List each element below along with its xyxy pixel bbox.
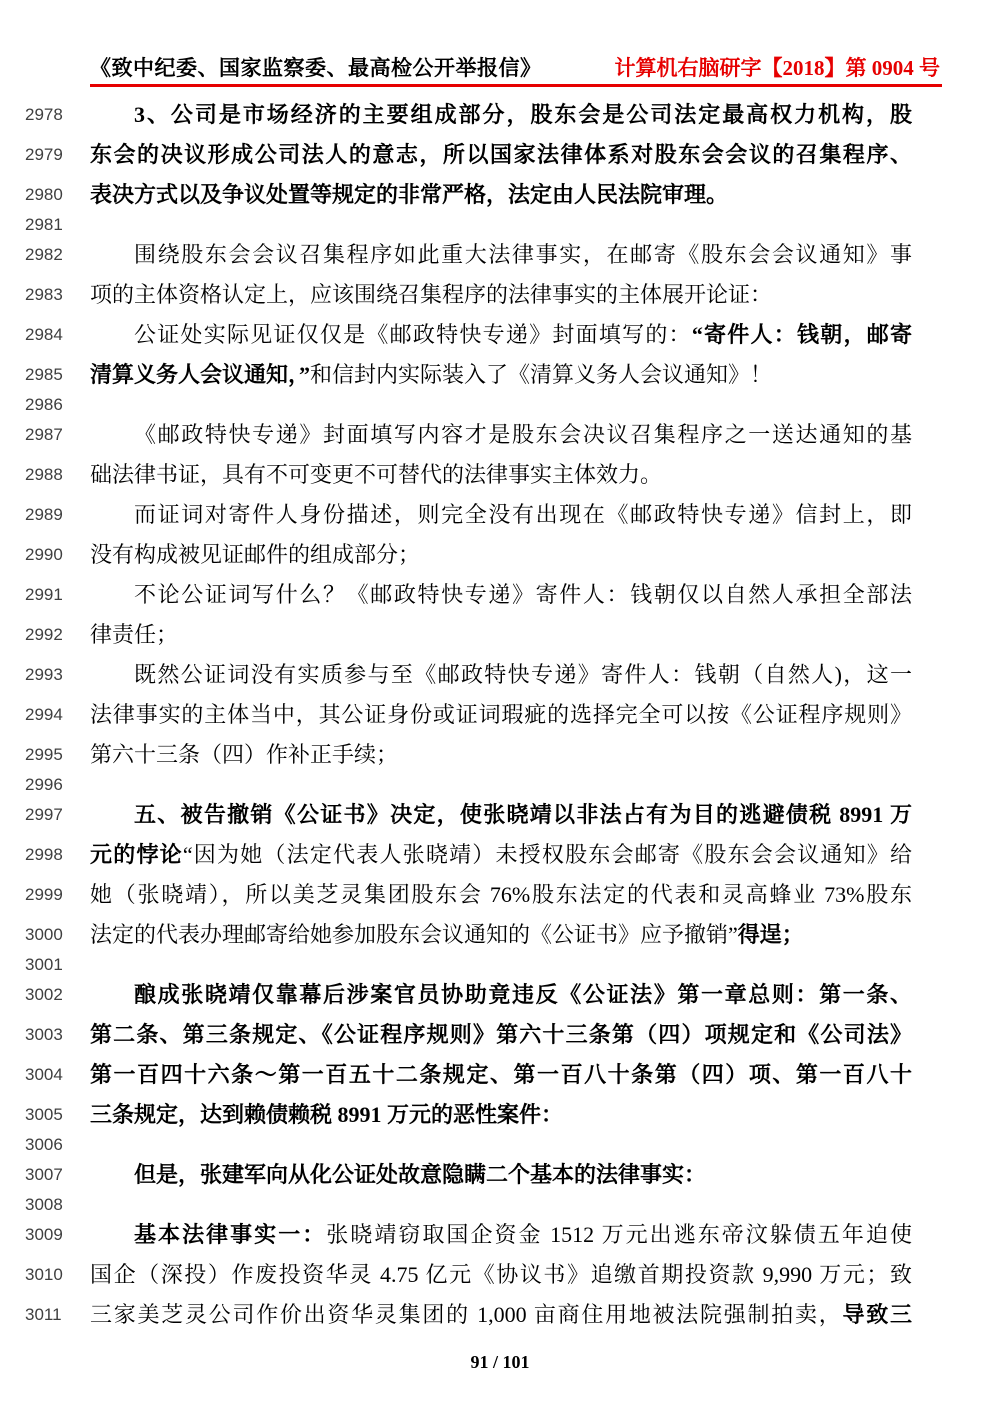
line-text: 第六十三条（四）作补正手续；: [90, 735, 912, 775]
document-line-row: 3005三条规定，达到赖债赖税 8991 万元的恶性案件：: [0, 1095, 1000, 1135]
document-page: 《致中纪委、国家监察委、最高检公开举报信》 计算机右脑研字【2018】第 090…: [0, 0, 1000, 1413]
line-text: 《邮政特快专递》封面填写内容才是股东会决议召集程序之一送达通知的基: [90, 415, 912, 455]
blank-line-row: 3006: [0, 1135, 1000, 1155]
document-line-row: 2979东会的决议形成公司法人的意志，所以国家法律体系对股东会会议的召集程序、: [0, 135, 1000, 175]
line-text: 法律事实的主体当中，其公证身份或证词瑕疵的选择完全可以按《公证程序规则》: [90, 695, 912, 735]
line-text: 元的悖论“因为她（法定代表人张晓靖）未授权股东会邮寄《股东会会议通知》给: [90, 835, 912, 875]
line-text: 律责任；: [90, 615, 912, 655]
bold-text-run: 基本法律事实一：: [134, 1222, 326, 1247]
bold-text-run: 得逞；: [738, 922, 804, 947]
bold-text-run: 第一百四十六条～第一百五十二条规定、第一百八十条第（四）项、第一百八十: [90, 1062, 912, 1087]
line-number: 3007: [0, 1155, 90, 1195]
line-number: 3008: [0, 1195, 90, 1215]
text-run: 国企（深投）作废投资华灵 4.75 亿元《协议书》追缴首期投资款 9,990 万…: [90, 1262, 912, 1287]
document-line-row: 2982围绕股东会会议召集程序如此重大法律事实，在邮寄《股东会会议通知》事: [0, 235, 1000, 275]
bold-text-run: 东会的决议形成公司法人的意志，所以国家法律体系对股东会会议的召集程序、: [90, 142, 912, 167]
line-text: 公证处实际见证仅仅是《邮政特快专递》封面填写的：“寄件人：钱朝，邮寄: [90, 315, 912, 355]
bold-text-run: 但是，张建军向从化公证处故意隐瞒二个基本的法律事实：: [134, 1162, 706, 1187]
line-number: 2991: [0, 575, 90, 615]
line-number: 2992: [0, 615, 90, 655]
line-number: 2996: [0, 775, 90, 795]
document-line-row: 3007但是，张建军向从化公证处故意隐瞒二个基本的法律事实：: [0, 1155, 1000, 1195]
line-text: 没有构成被见证邮件的组成部分；: [90, 535, 912, 575]
line-number: 2998: [0, 835, 90, 875]
line-number: 3005: [0, 1095, 90, 1135]
page-footer: 91 / 101: [0, 1352, 1000, 1373]
document-line-row: 3010国企（深投）作废投资华灵 4.75 亿元《协议书》追缴首期投资款 9,9…: [0, 1255, 1000, 1295]
line-text: 酿成张晓靖仅靠幕后涉案官员协助竟违反《公证法》第一章总则：第一条、: [90, 975, 912, 1015]
bold-text-run: 五、被告撤销《公证书》决定，使张晓靖以非法占有为目的逃避债税 8991 万: [134, 802, 912, 827]
line-text: 表决方式以及争议处置等规定的非常严格，法定由人民法院审理。: [90, 175, 912, 215]
line-text: 项的主体资格认定上，应该围绕召集程序的法律事实的主体展开论证：: [90, 275, 912, 315]
line-text: 而证词对寄件人身份描述，则完全没有出现在《邮政特快专递》信封上，即: [90, 495, 912, 535]
line-number: 2990: [0, 535, 90, 575]
line-text: 法定的代表办理邮寄给她参加股东会议通知的《公证书》应予撤销”得逞；: [90, 915, 912, 955]
bold-text-run: 导致三: [843, 1302, 912, 1327]
line-number: 2984: [0, 315, 90, 355]
document-line-row: 2990没有构成被见证邮件的组成部分；: [0, 535, 1000, 575]
document-line-row: 2989而证词对寄件人身份描述，则完全没有出现在《邮政特快专递》信封上，即: [0, 495, 1000, 535]
document-line-row: 2998元的悖论“因为她（法定代表人张晓靖）未授权股东会邮寄《股东会会议通知》给: [0, 835, 1000, 875]
bold-text-run: 第二条、第三条规定、《公证程序规则》第六十三条第（四）项规定和《公司法》: [90, 1022, 912, 1047]
line-number: 2989: [0, 495, 90, 535]
line-text: 三条规定，达到赖债赖税 8991 万元的恶性案件：: [90, 1095, 912, 1135]
line-number: 3006: [0, 1135, 90, 1155]
line-text: 但是，张建军向从化公证处故意隐瞒二个基本的法律事实：: [90, 1155, 912, 1195]
document-line-row: 2994法律事实的主体当中，其公证身份或证词瑕疵的选择完全可以按《公证程序规则》: [0, 695, 1000, 735]
line-text: 围绕股东会会议召集程序如此重大法律事实，在邮寄《股东会会议通知》事: [90, 235, 912, 275]
line-number: 2999: [0, 875, 90, 915]
text-run: 三家美芝灵公司作价出资华灵集团的 1,000 亩商住用地被法院强制拍卖，: [90, 1302, 843, 1327]
document-line-row: 2991不论公证词写什么？《邮政特快专递》寄件人：钱朝仅以自然人承担全部法: [0, 575, 1000, 615]
line-text: 基本法律事实一：张晓靖窃取国企资金 1512 万元出逃东帝汶躲债五年迫使: [90, 1215, 912, 1255]
text-run: 和信封内实际装入了《清算义务人会议通知》！: [310, 362, 772, 387]
line-number: 3002: [0, 975, 90, 1015]
bold-text-run: 三条规定，达到赖债赖税 8991 万元的恶性案件：: [90, 1102, 563, 1127]
text-run: 不论公证词写什么？《邮政特快专递》寄件人：钱朝仅以自然人承担全部法: [134, 582, 912, 607]
line-number: 2987: [0, 415, 90, 455]
line-text: 国企（深投）作废投资华灵 4.75 亿元《协议书》追缴首期投资款 9,990 万…: [90, 1255, 912, 1295]
page-header: 《致中纪委、国家监察委、最高检公开举报信》 计算机右脑研字【2018】第 090…: [90, 52, 940, 82]
document-line-row: 3011三家美芝灵公司作价出资华灵集团的 1,000 亩商住用地被法院强制拍卖，…: [0, 1295, 1000, 1335]
text-run: 公证处实际见证仅仅是《邮政特快专递》封面填写的：: [134, 322, 692, 347]
text-run: 没有构成被见证邮件的组成部分；: [90, 542, 420, 567]
line-text: 三家美芝灵公司作价出资华灵集团的 1,000 亩商住用地被法院强制拍卖，导致三: [90, 1295, 912, 1335]
document-line-row: 2992律责任；: [0, 615, 1000, 655]
text-run: 律责任；: [90, 622, 178, 647]
line-number: 2985: [0, 355, 90, 395]
line-number: 2981: [0, 215, 90, 235]
document-line-row: 3004第一百四十六条～第一百五十二条规定、第一百八十条第（四）项、第一百八十: [0, 1055, 1000, 1095]
bold-text-run: “寄件人：钱朝，邮寄: [692, 322, 912, 347]
text-run: 法律事实的主体当中，其公证身份或证词瑕疵的选择完全可以按《公证程序规则》: [90, 702, 912, 727]
document-line-row: 2995第六十三条（四）作补正手续；: [0, 735, 1000, 775]
text-run: 第六十三条（四）作补正手续；: [90, 742, 398, 767]
line-number: 2979: [0, 135, 90, 175]
line-number: 3010: [0, 1255, 90, 1295]
text-run: 项的主体资格认定上，应该围绕召集程序的法律事实的主体展开论证：: [90, 282, 772, 307]
document-line-row: 3009基本法律事实一：张晓靖窃取国企资金 1512 万元出逃东帝汶躲债五年迫使: [0, 1215, 1000, 1255]
document-line-row: 2983项的主体资格认定上，应该围绕召集程序的法律事实的主体展开论证：: [0, 275, 1000, 315]
line-number: 2982: [0, 235, 90, 275]
text-run: 础法律书证，具有不可变更不可替代的法律事实主体效力。: [90, 462, 662, 487]
line-number: 2978: [0, 95, 90, 135]
blank-line-row: 2981: [0, 215, 1000, 235]
text-run: 她（张晓靖），所以美芝灵集团股东会 76%股东法定的代表和灵高蜂业 73%股东: [90, 882, 912, 907]
blank-line-row: 3008: [0, 1195, 1000, 1215]
document-line-row: 2988础法律书证，具有不可变更不可替代的法律事实主体效力。: [0, 455, 1000, 495]
document-line-row: 3002酿成张晓靖仅靠幕后涉案官员协助竟违反《公证法》第一章总则：第一条、: [0, 975, 1000, 1015]
line-number: 2986: [0, 395, 90, 415]
blank-line-row: 2986: [0, 395, 1000, 415]
line-text: 3、公司是市场经济的主要组成部分，股东会是公司法定最高权力机构，股: [90, 95, 912, 135]
line-text: 既然公证词没有实质参与至《邮政特快专递》寄件人：钱朝（自然人)，这一: [90, 655, 912, 695]
text-run: “因为她（法定代表人张晓靖）未授权股东会邮寄《股东会会议通知》给: [183, 842, 912, 867]
document-line-row: 3003第二条、第三条规定、《公证程序规则》第六十三条第（四）项规定和《公司法》: [0, 1015, 1000, 1055]
text-run: 既然公证词没有实质参与至《邮政特快专递》寄件人：钱朝（自然人)，这一: [134, 662, 912, 687]
document-body: 29783、公司是市场经济的主要组成部分，股东会是公司法定最高权力机构，股297…: [0, 95, 1000, 1335]
line-number: 3000: [0, 915, 90, 955]
line-text: 五、被告撤销《公证书》决定，使张晓靖以非法占有为目的逃避债税 8991 万: [90, 795, 912, 835]
line-text: 第二条、第三条规定、《公证程序规则》第六十三条第（四）项规定和《公司法》: [90, 1015, 912, 1055]
bold-text-run: 清算义务人会议通知，”: [90, 362, 310, 387]
line-text: 第一百四十六条～第一百五十二条规定、第一百八十条第（四）项、第一百八十: [90, 1055, 912, 1095]
document-line-row: 3000法定的代表办理邮寄给她参加股东会议通知的《公证书》应予撤销”得逞；: [0, 915, 1000, 955]
line-number: 3011: [0, 1295, 90, 1335]
bold-text-run: 酿成张晓靖仅靠幕后涉案官员协助竟违反《公证法》第一章总则：第一条、: [134, 982, 912, 1007]
header-rule-divider: [90, 84, 942, 87]
document-line-row: 2987《邮政特快专递》封面填写内容才是股东会决议召集程序之一送达通知的基: [0, 415, 1000, 455]
line-number: 2994: [0, 695, 90, 735]
bold-text-run: 元的悖论: [90, 842, 183, 867]
header-doc-number: 计算机右脑研字【2018】第 0904 号: [615, 52, 941, 82]
blank-line-row: 2996: [0, 775, 1000, 795]
line-text: 清算义务人会议通知，”和信封内实际装入了《清算义务人会议通知》！: [90, 355, 912, 395]
line-text: 东会的决议形成公司法人的意志，所以国家法律体系对股东会会议的召集程序、: [90, 135, 912, 175]
line-number: 3004: [0, 1055, 90, 1095]
line-text: 她（张晓靖），所以美芝灵集团股东会 76%股东法定的代表和灵高蜂业 73%股东: [90, 875, 912, 915]
line-text: 不论公证词写什么？《邮政特快专递》寄件人：钱朝仅以自然人承担全部法: [90, 575, 912, 615]
line-number: 2995: [0, 735, 90, 775]
line-number: 2988: [0, 455, 90, 495]
bold-text-run: 表决方式以及争议处置等规定的非常严格，法定由人民法院审理。: [90, 182, 728, 207]
line-number: 3003: [0, 1015, 90, 1055]
document-line-row: 2999她（张晓靖），所以美芝灵集团股东会 76%股东法定的代表和灵高蜂业 73…: [0, 875, 1000, 915]
line-number: 2997: [0, 795, 90, 835]
document-line-row: 2980表决方式以及争议处置等规定的非常严格，法定由人民法院审理。: [0, 175, 1000, 215]
document-line-row: 29783、公司是市场经济的主要组成部分，股东会是公司法定最高权力机构，股: [0, 95, 1000, 135]
header-title: 《致中纪委、国家监察委、最高检公开举报信》: [90, 52, 542, 82]
bold-text-run: 3、公司是市场经济的主要组成部分，股东会是公司法定最高权力机构，股: [134, 102, 912, 127]
text-run: 《邮政特快专递》封面填写内容才是股东会决议召集程序之一送达通知的基: [134, 422, 912, 447]
blank-line-row: 3001: [0, 955, 1000, 975]
text-run: 而证词对寄件人身份描述，则完全没有出现在《邮政特快专递》信封上，即: [134, 502, 912, 527]
document-line-row: 2997五、被告撤销《公证书》决定，使张晓靖以非法占有为目的逃避债税 8991 …: [0, 795, 1000, 835]
line-text: 础法律书证，具有不可变更不可替代的法律事实主体效力。: [90, 455, 912, 495]
line-number: 2993: [0, 655, 90, 695]
document-line-row: 2985清算义务人会议通知，”和信封内实际装入了《清算义务人会议通知》！: [0, 355, 1000, 395]
text-run: 张晓靖窃取国企资金 1512 万元出逃东帝汶躲债五年迫使: [326, 1222, 912, 1247]
line-number: 3009: [0, 1215, 90, 1255]
line-number: 2983: [0, 275, 90, 315]
document-line-row: 2984公证处实际见证仅仅是《邮政特快专递》封面填写的：“寄件人：钱朝，邮寄: [0, 315, 1000, 355]
text-run: 法定的代表办理邮寄给她参加股东会议通知的《公证书》应予撤销”: [90, 922, 738, 947]
page-number-indicator: 91 / 101: [470, 1352, 529, 1372]
line-number: 2980: [0, 175, 90, 215]
line-number: 3001: [0, 955, 90, 975]
text-run: 围绕股东会会议召集程序如此重大法律事实，在邮寄《股东会会议通知》事: [134, 242, 912, 267]
document-line-row: 2993既然公证词没有实质参与至《邮政特快专递》寄件人：钱朝（自然人)，这一: [0, 655, 1000, 695]
